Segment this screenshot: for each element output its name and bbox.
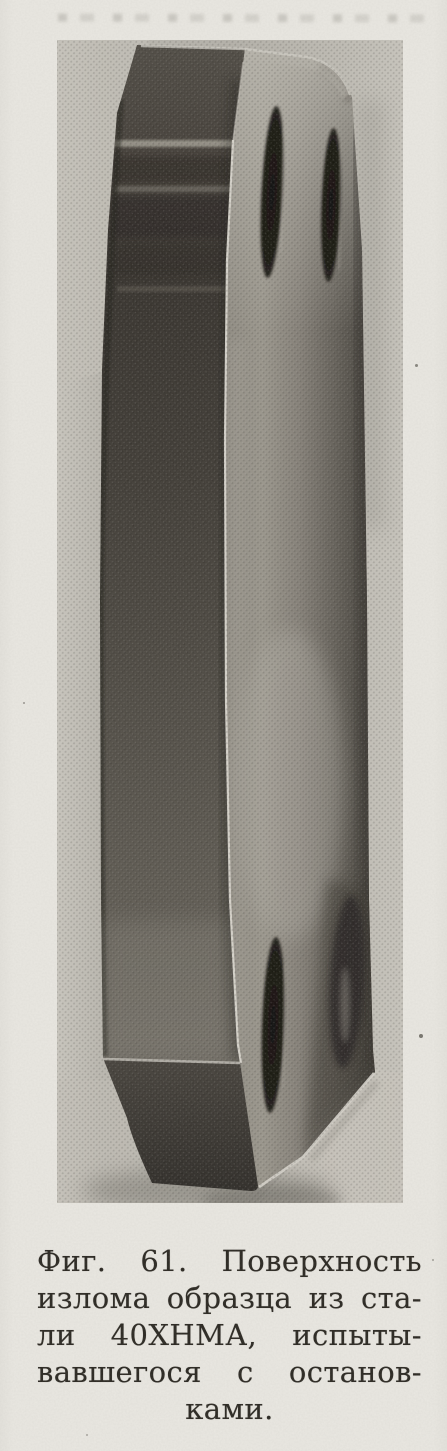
paper-speck xyxy=(86,1434,88,1436)
caption-line-5: ками. xyxy=(37,1391,422,1428)
caption-line-1: Фиг. 61. Поверхность xyxy=(37,1243,422,1280)
print-artifact-band xyxy=(58,14,426,23)
caption-line-4: вавшегося с останов- xyxy=(37,1354,422,1391)
caption-line-2: излома образца из ста- xyxy=(37,1280,422,1317)
caption-line-3: ли 40ХНМА, испыты- xyxy=(37,1317,422,1354)
figure-caption: Фиг. 61. Поверхность излома образца из с… xyxy=(37,1243,422,1428)
halftone-light-dots xyxy=(57,40,403,1203)
paper-speck xyxy=(23,702,25,704)
paper-speck xyxy=(419,1034,423,1038)
paper-speck xyxy=(432,1259,434,1261)
specimen-photo-rendering xyxy=(57,40,403,1203)
specimen-photo xyxy=(57,40,403,1203)
book-page: Фиг. 61. Поверхность излома образца из с… xyxy=(0,0,447,1451)
paper-speck xyxy=(415,364,418,367)
